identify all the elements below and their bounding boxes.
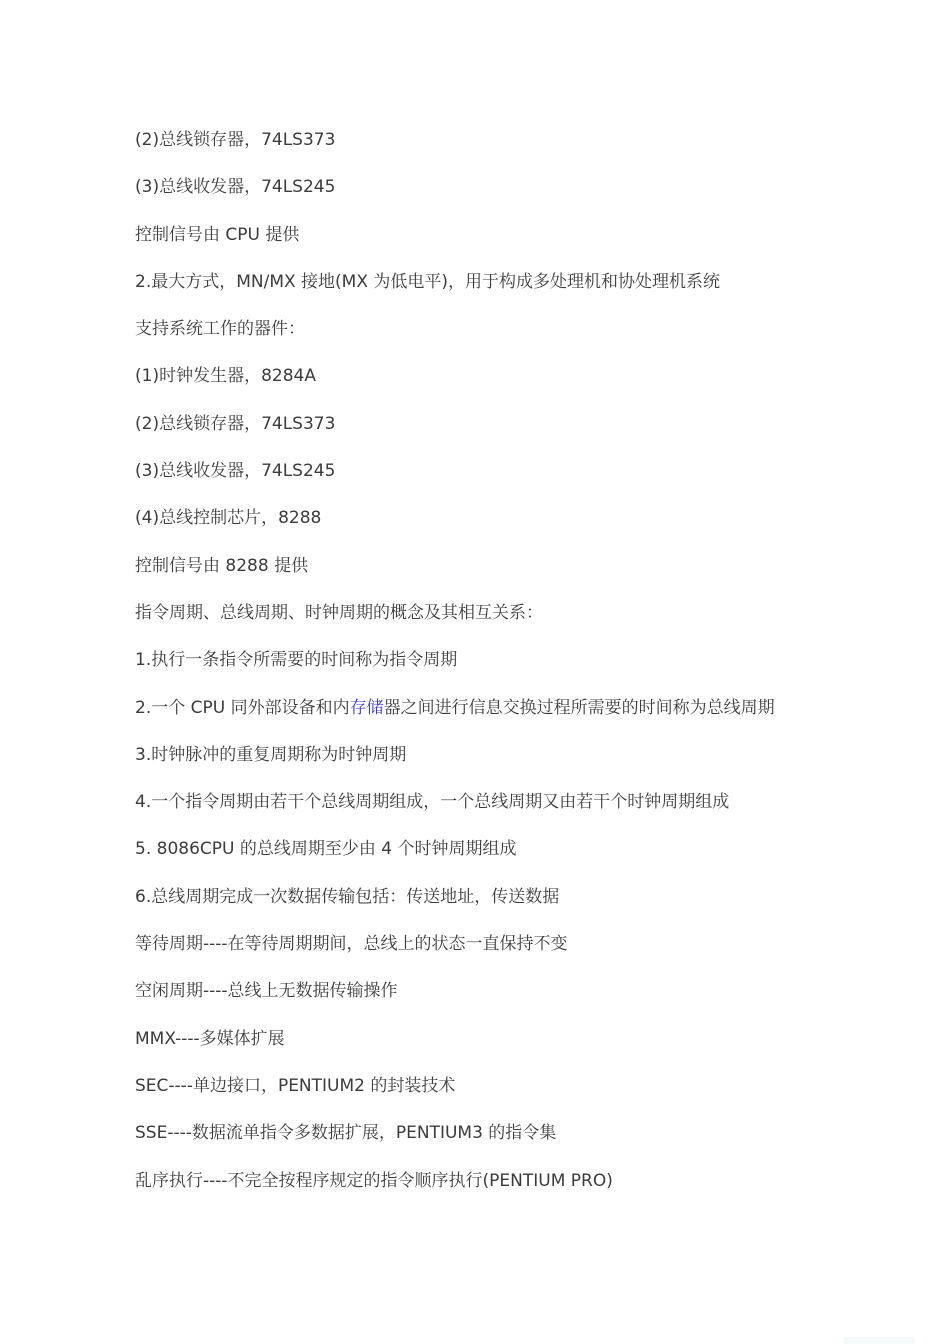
bottom-right-watermark-fragment — [843, 1337, 915, 1344]
link-line-suffix: 器之间进行信息交换过程所需要的时间称为总线周期 — [384, 698, 775, 718]
doc-line: 空闲周期----总线上无数据传输操作 — [135, 981, 895, 1002]
doc-line: 乱序执行----不完全按程序规定的指令顺序执行(PENTIUM PRO) — [135, 1171, 895, 1192]
document-page: (2)总线锁存器，74LS373 (3)总线收发器，74LS245 控制信号由 … — [0, 0, 950, 1344]
doc-line: (1)时钟发生器，8284A — [135, 366, 895, 387]
doc-line: 指令周期、总线周期、时钟周期的概念及其相互关系： — [135, 603, 895, 624]
doc-line: 控制信号由 8288 提供 — [135, 556, 895, 577]
doc-line: (2)总线锁存器，74LS373 — [135, 414, 895, 435]
doc-line: 5. 8086CPU 的总线周期至少由 4 个时钟周期组成 — [135, 839, 895, 860]
document-text-block: (2)总线锁存器，74LS373 (3)总线收发器，74LS245 控制信号由 … — [135, 130, 895, 1218]
doc-line: 1.执行一条指令所需要的时间称为指令周期 — [135, 650, 895, 671]
doc-line: 3.时钟脉冲的重复周期称为时钟周期 — [135, 745, 895, 766]
doc-line: SEC----单边接口，PENTIUM2 的封装技术 — [135, 1076, 895, 1097]
doc-line: 支持系统工作的器件： — [135, 319, 895, 340]
doc-line: 4.一个指令周期由若干个总线周期组成，一个总线周期又由若干个时钟周期组成 — [135, 792, 895, 813]
doc-line: 等待周期----在等待周期期间，总线上的状态一直保持不变 — [135, 934, 895, 955]
doc-line: (3)总线收发器，74LS245 — [135, 461, 895, 482]
doc-line: (2)总线锁存器，74LS373 — [135, 130, 895, 151]
doc-line: 2.最大方式，MN/MX 接地(MX 为低电平)，用于构成多处理机和协处理机系统 — [135, 272, 895, 293]
doc-line: (3)总线收发器，74LS245 — [135, 177, 895, 198]
doc-line: MMX----多媒体扩展 — [135, 1029, 895, 1050]
cunchu-hyperlink[interactable]: 存储 — [350, 698, 384, 718]
doc-line: (4)总线控制芯片，8288 — [135, 508, 895, 529]
doc-line: 控制信号由 CPU 提供 — [135, 225, 895, 246]
link-line-prefix: 2.一个 CPU 同外部设备和内 — [135, 698, 350, 718]
doc-line: SSE----数据流单指令多数据扩展，PENTIUM3 的指令集 — [135, 1123, 895, 1144]
doc-line: 6.总线周期完成一次数据传输包括：传送地址，传送数据 — [135, 887, 895, 908]
doc-line-with-link: 2.一个 CPU 同外部设备和内存储器之间进行信息交换过程所需要的时间称为总线周… — [135, 698, 895, 719]
